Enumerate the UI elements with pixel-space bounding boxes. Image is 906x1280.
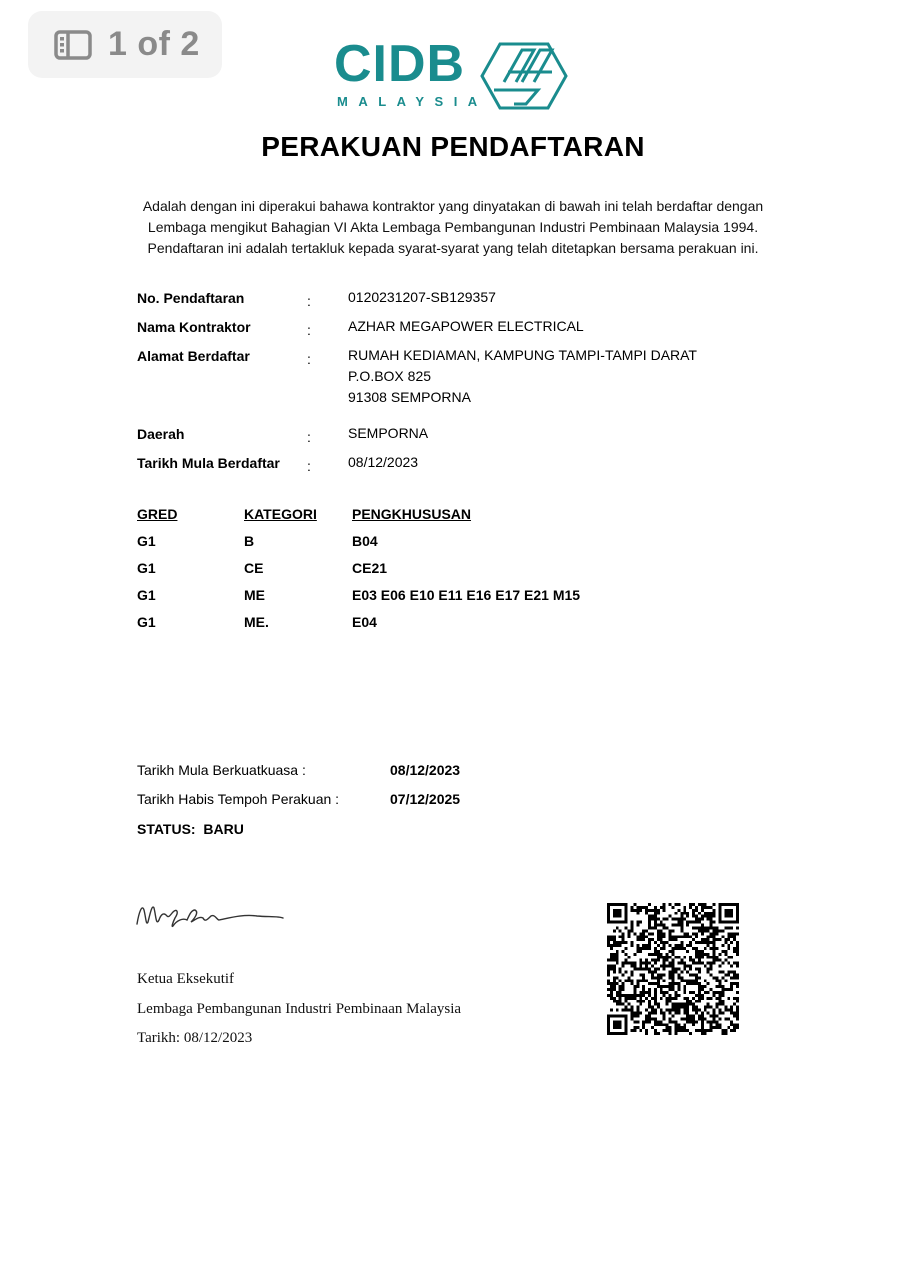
field-value: RUMAH KEDIAMAN, KAMPUNG TAMPI-TAMPI DARA… xyxy=(348,345,697,408)
cell-kategori: B xyxy=(244,533,254,549)
validity-end-value: 07/12/2025 xyxy=(390,791,460,807)
intro-line: Lembaga mengikut Bahagian VI Akta Lembag… xyxy=(120,217,786,238)
field-label: Nama Kontraktor xyxy=(137,319,251,335)
page-count: 1 of 2 xyxy=(108,25,200,64)
field-separator: : xyxy=(307,429,311,445)
signatory-title: Ketua Eksekutif xyxy=(137,971,234,988)
qr-code-icon xyxy=(607,903,739,1035)
validity-end: Tarikh Habis Tempoh Perakuan : 07/12/202… xyxy=(137,791,339,807)
field-value: 0120231207-SB129357 xyxy=(348,287,496,308)
validity-start-value: 08/12/2023 xyxy=(390,762,460,778)
cell-gred: G1 xyxy=(137,560,156,576)
field-separator: : xyxy=(307,293,311,309)
cidb-logo: CIDB MALAYSIA xyxy=(334,42,570,112)
field-value: SEMPORNA xyxy=(348,423,428,444)
field-value: AZHAR MEGAPOWER ELECTRICAL xyxy=(348,316,584,337)
header-pengkhususan: PENGKHUSUSAN xyxy=(352,506,471,522)
cell-gred: G1 xyxy=(137,533,156,549)
signatory-organisation: Lembaga Pembangunan Industri Pembinaan M… xyxy=(137,1001,461,1018)
page-indicator-button[interactable]: 1 of 2 xyxy=(28,11,222,78)
address-line: P.O.BOX 825 xyxy=(348,366,697,387)
header-kategori: KATEGORI xyxy=(244,506,317,522)
header-gred: GRED xyxy=(137,506,177,522)
signatory-date: Tarikh: 08/12/2023 xyxy=(137,1030,252,1047)
cell-pengkhususan: E03 E06 E10 E11 E16 E17 E21 M15 xyxy=(352,587,580,603)
status-badge: STATUS: BARU xyxy=(137,821,244,837)
cell-gred: G1 xyxy=(137,614,156,630)
cell-pengkhususan: E04 xyxy=(352,614,377,630)
field-label: Alamat Berdaftar xyxy=(137,348,250,364)
cell-kategori: ME xyxy=(244,587,265,603)
validity-end-label: Tarikh Habis Tempoh Perakuan : xyxy=(137,791,339,807)
cidb-hexagon-icon xyxy=(478,42,568,110)
intro-line: Adalah dengan ini diperakui bahawa kontr… xyxy=(120,196,786,217)
field-value: 08/12/2023 xyxy=(348,452,418,473)
field-separator: : xyxy=(307,458,311,474)
field-separator: : xyxy=(307,351,311,367)
document-title: PERAKUAN PENDAFTARAN xyxy=(0,131,906,163)
cell-pengkhususan: CE21 xyxy=(352,560,387,576)
field-label: No. Pendaftaran xyxy=(137,290,244,306)
address-line: RUMAH KEDIAMAN, KAMPUNG TAMPI-TAMPI DARA… xyxy=(348,345,697,366)
cell-kategori: ME. xyxy=(244,614,269,630)
cell-kategori: CE xyxy=(244,560,263,576)
signature-image xyxy=(133,898,293,934)
sidebar-toggle-icon xyxy=(54,30,92,60)
validity-start-label: Tarikh Mula Berkuatkuasa : xyxy=(137,762,306,778)
address-line: 91308 SEMPORNA xyxy=(348,387,697,408)
intro-paragraph: Adalah dengan ini diperakui bahawa kontr… xyxy=(120,196,786,259)
validity-start: Tarikh Mula Berkuatkuasa : 08/12/2023 xyxy=(137,762,306,778)
field-label: Tarikh Mula Berdaftar xyxy=(137,455,280,471)
logo-subtitle: MALAYSIA xyxy=(337,94,488,109)
logo-wordmark: CIDB xyxy=(334,34,465,94)
cell-gred: G1 xyxy=(137,587,156,603)
field-separator: : xyxy=(307,322,311,338)
cell-pengkhususan: B04 xyxy=(352,533,378,549)
intro-line: Pendaftaran ini adalah tertakluk kepada … xyxy=(120,238,786,259)
field-label: Daerah xyxy=(137,426,184,442)
